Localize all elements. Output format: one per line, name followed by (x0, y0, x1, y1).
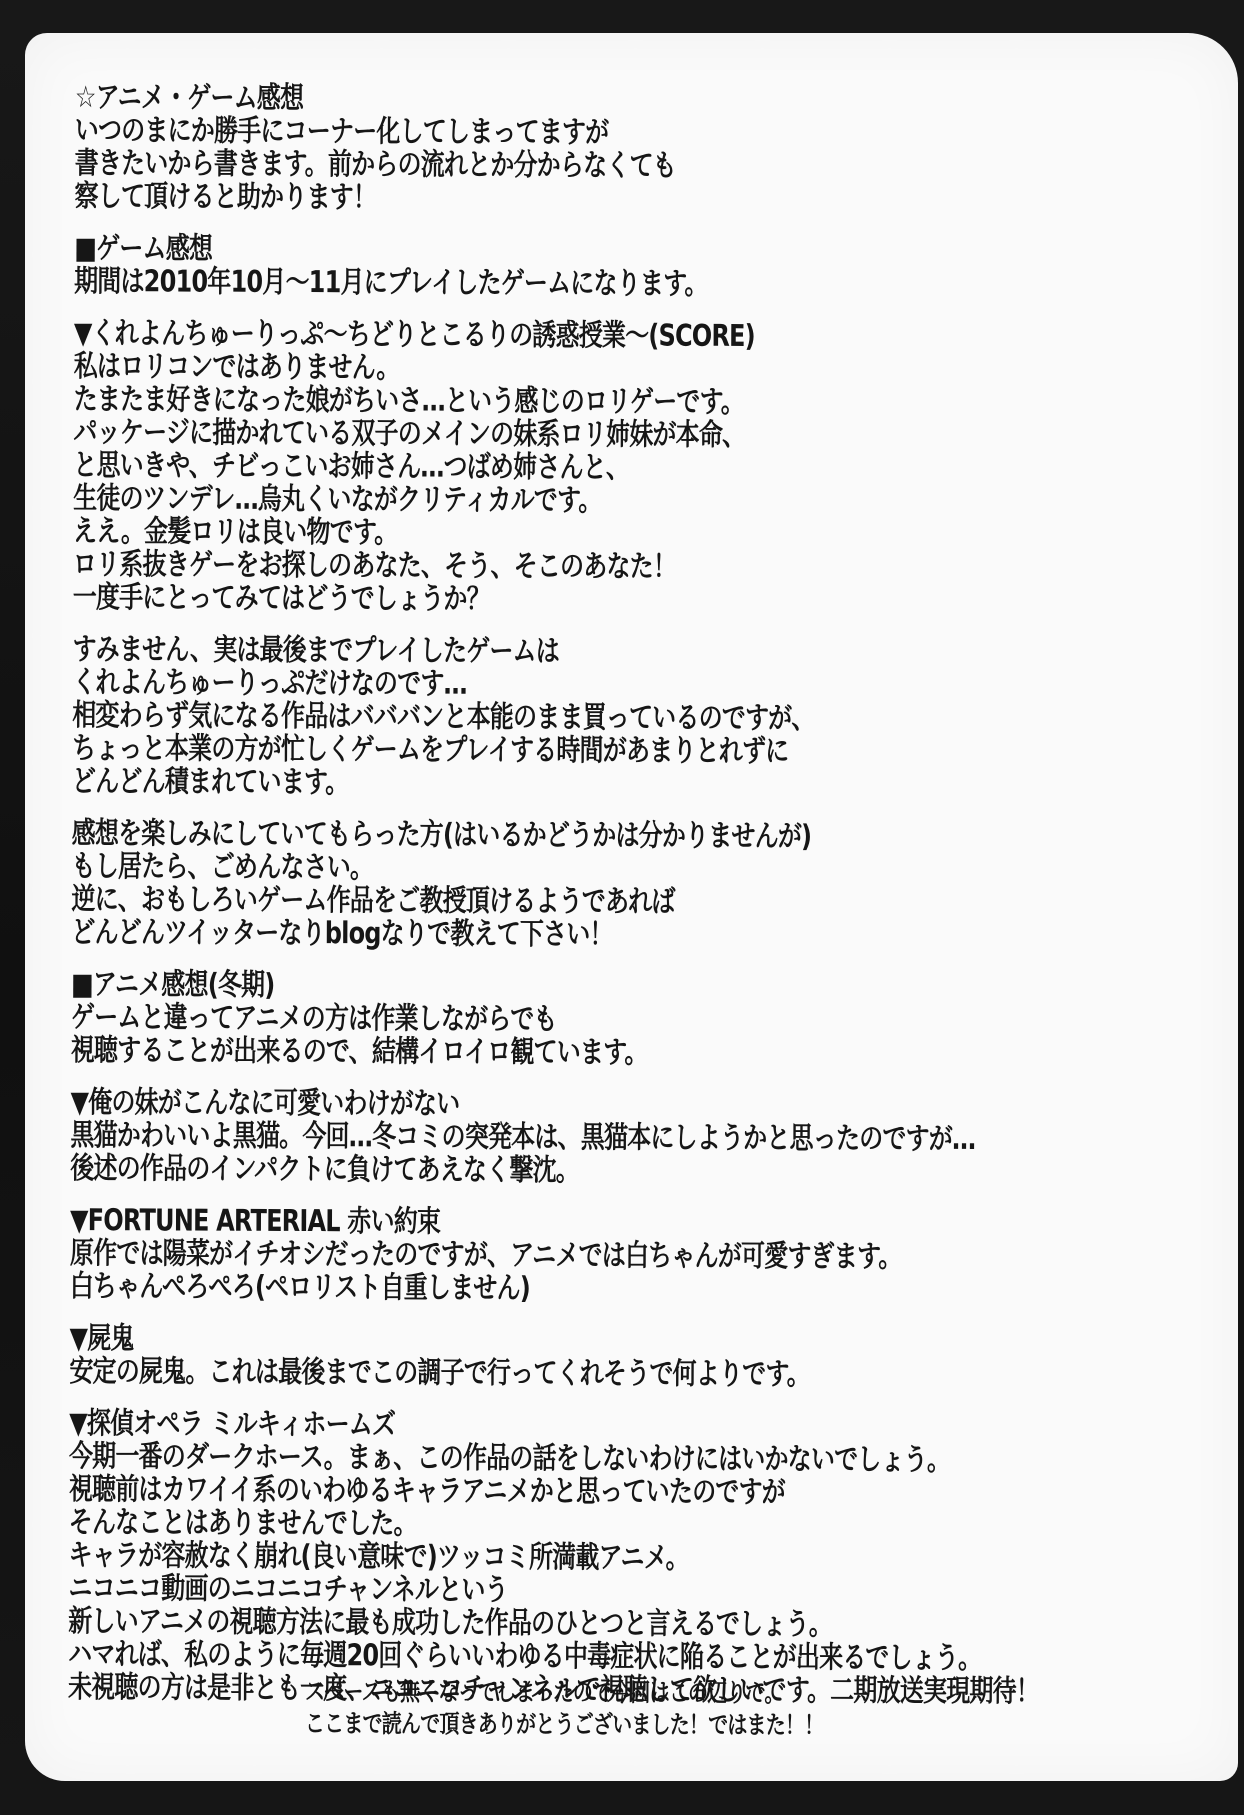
scan-background: ☆アニメ・ゲーム感想いつのまにか勝手にコーナー化してしまってますが書きたいから書… (0, 0, 1244, 1815)
text-line: 白ちゃんぺろぺろ(ペロリスト自重しません) (70, 1270, 1041, 1307)
closing-line-2: ここまで読んで頂きありがとうございました！ではまた！！ (305, 1708, 824, 1742)
text-line: どんどん積まれています。 (72, 765, 1043, 802)
text-line: 後述の作品のインパクトに負けてあえなく撃沈。 (70, 1152, 1041, 1189)
text-line: 察して頂けると助かります！ (74, 180, 1045, 217)
section-anime-impressions-header: ■アニメ感想(冬期)ゲームと違ってアニメの方は作業しながらでも視聴することが出来… (71, 968, 1244, 1072)
text-line: 一度手にとってみてはどうでしょうか？ (73, 581, 1044, 618)
section-game-impressions-header: ■ゲーム感想期間は2010年10月～11月にプレイしたゲームになります。 (74, 232, 1244, 303)
section-shiki-review: ▼屍鬼安定の屍鬼。これは最後までこの調子で行ってくれそうで何よりです。 (69, 1322, 1244, 1393)
text-line: 期間は2010年10月～11月にプレイしたゲームになります。 (74, 265, 1045, 302)
text-line: どんどんツイッターなりblogなりで教えて下さい！ (71, 916, 1042, 953)
section-feedback-request: 感想を楽しみにしていてもらった方(はいるかどうかは分かりませんが)もし居たら、ご… (71, 817, 1244, 954)
section-backlog-note: すみません、実は最後までプレイしたゲームはくれよんちゅーりっぷだけなのです…相変… (72, 633, 1244, 803)
section-milky-holmes-review: ▼探偵オペラ ミルキィホームズ今期一番のダークホース。まぁ、この作品の話をしない… (68, 1407, 1244, 1709)
section-crayon-tulip-review: ▼くれよんちゅーりっぷ～ちどりとこるりの誘惑授業～(SCORE)私はロリコンでは… (73, 317, 1244, 619)
section-fortune-arterial-review: ▼FORTUNE ARTERIAL 赤い約束原作では陽菜がイチオシだったのですが… (70, 1204, 1244, 1308)
section-anime-game-impressions-intro: ☆アニメ・ゲーム感想いつのまにか勝手にコーナー化してしまってますが書きたいから書… (74, 81, 1244, 218)
section-oreimo-review: ▼俺の妹がこんなに可愛いわけがない黒猫かわいいよ黒猫。今回…冬コミの突発本は、黒… (70, 1086, 1244, 1190)
text-line: 安定の屍鬼。これは最後までこの調子で行ってくれそうで何よりです。 (69, 1355, 1040, 1392)
page: ☆アニメ・ゲーム感想いつのまにか勝手にコーナー化してしまってますが書きたいから書… (25, 33, 1238, 1781)
closing-line-1: スペースも無くなってしまったので今回はこの辺りで。 (305, 1676, 824, 1710)
closing-note: スペースも無くなってしまったので今回はこの辺りで。 ここまで読んで頂きありがとう… (305, 1676, 953, 1742)
text-column: ☆アニメ・ゲーム感想いつのまにか勝手にコーナー化してしまってますが書きたいから書… (68, 81, 1244, 1728)
text-line: 視聴することが出来るので、結構イロイロ観ています。 (71, 1034, 1042, 1071)
